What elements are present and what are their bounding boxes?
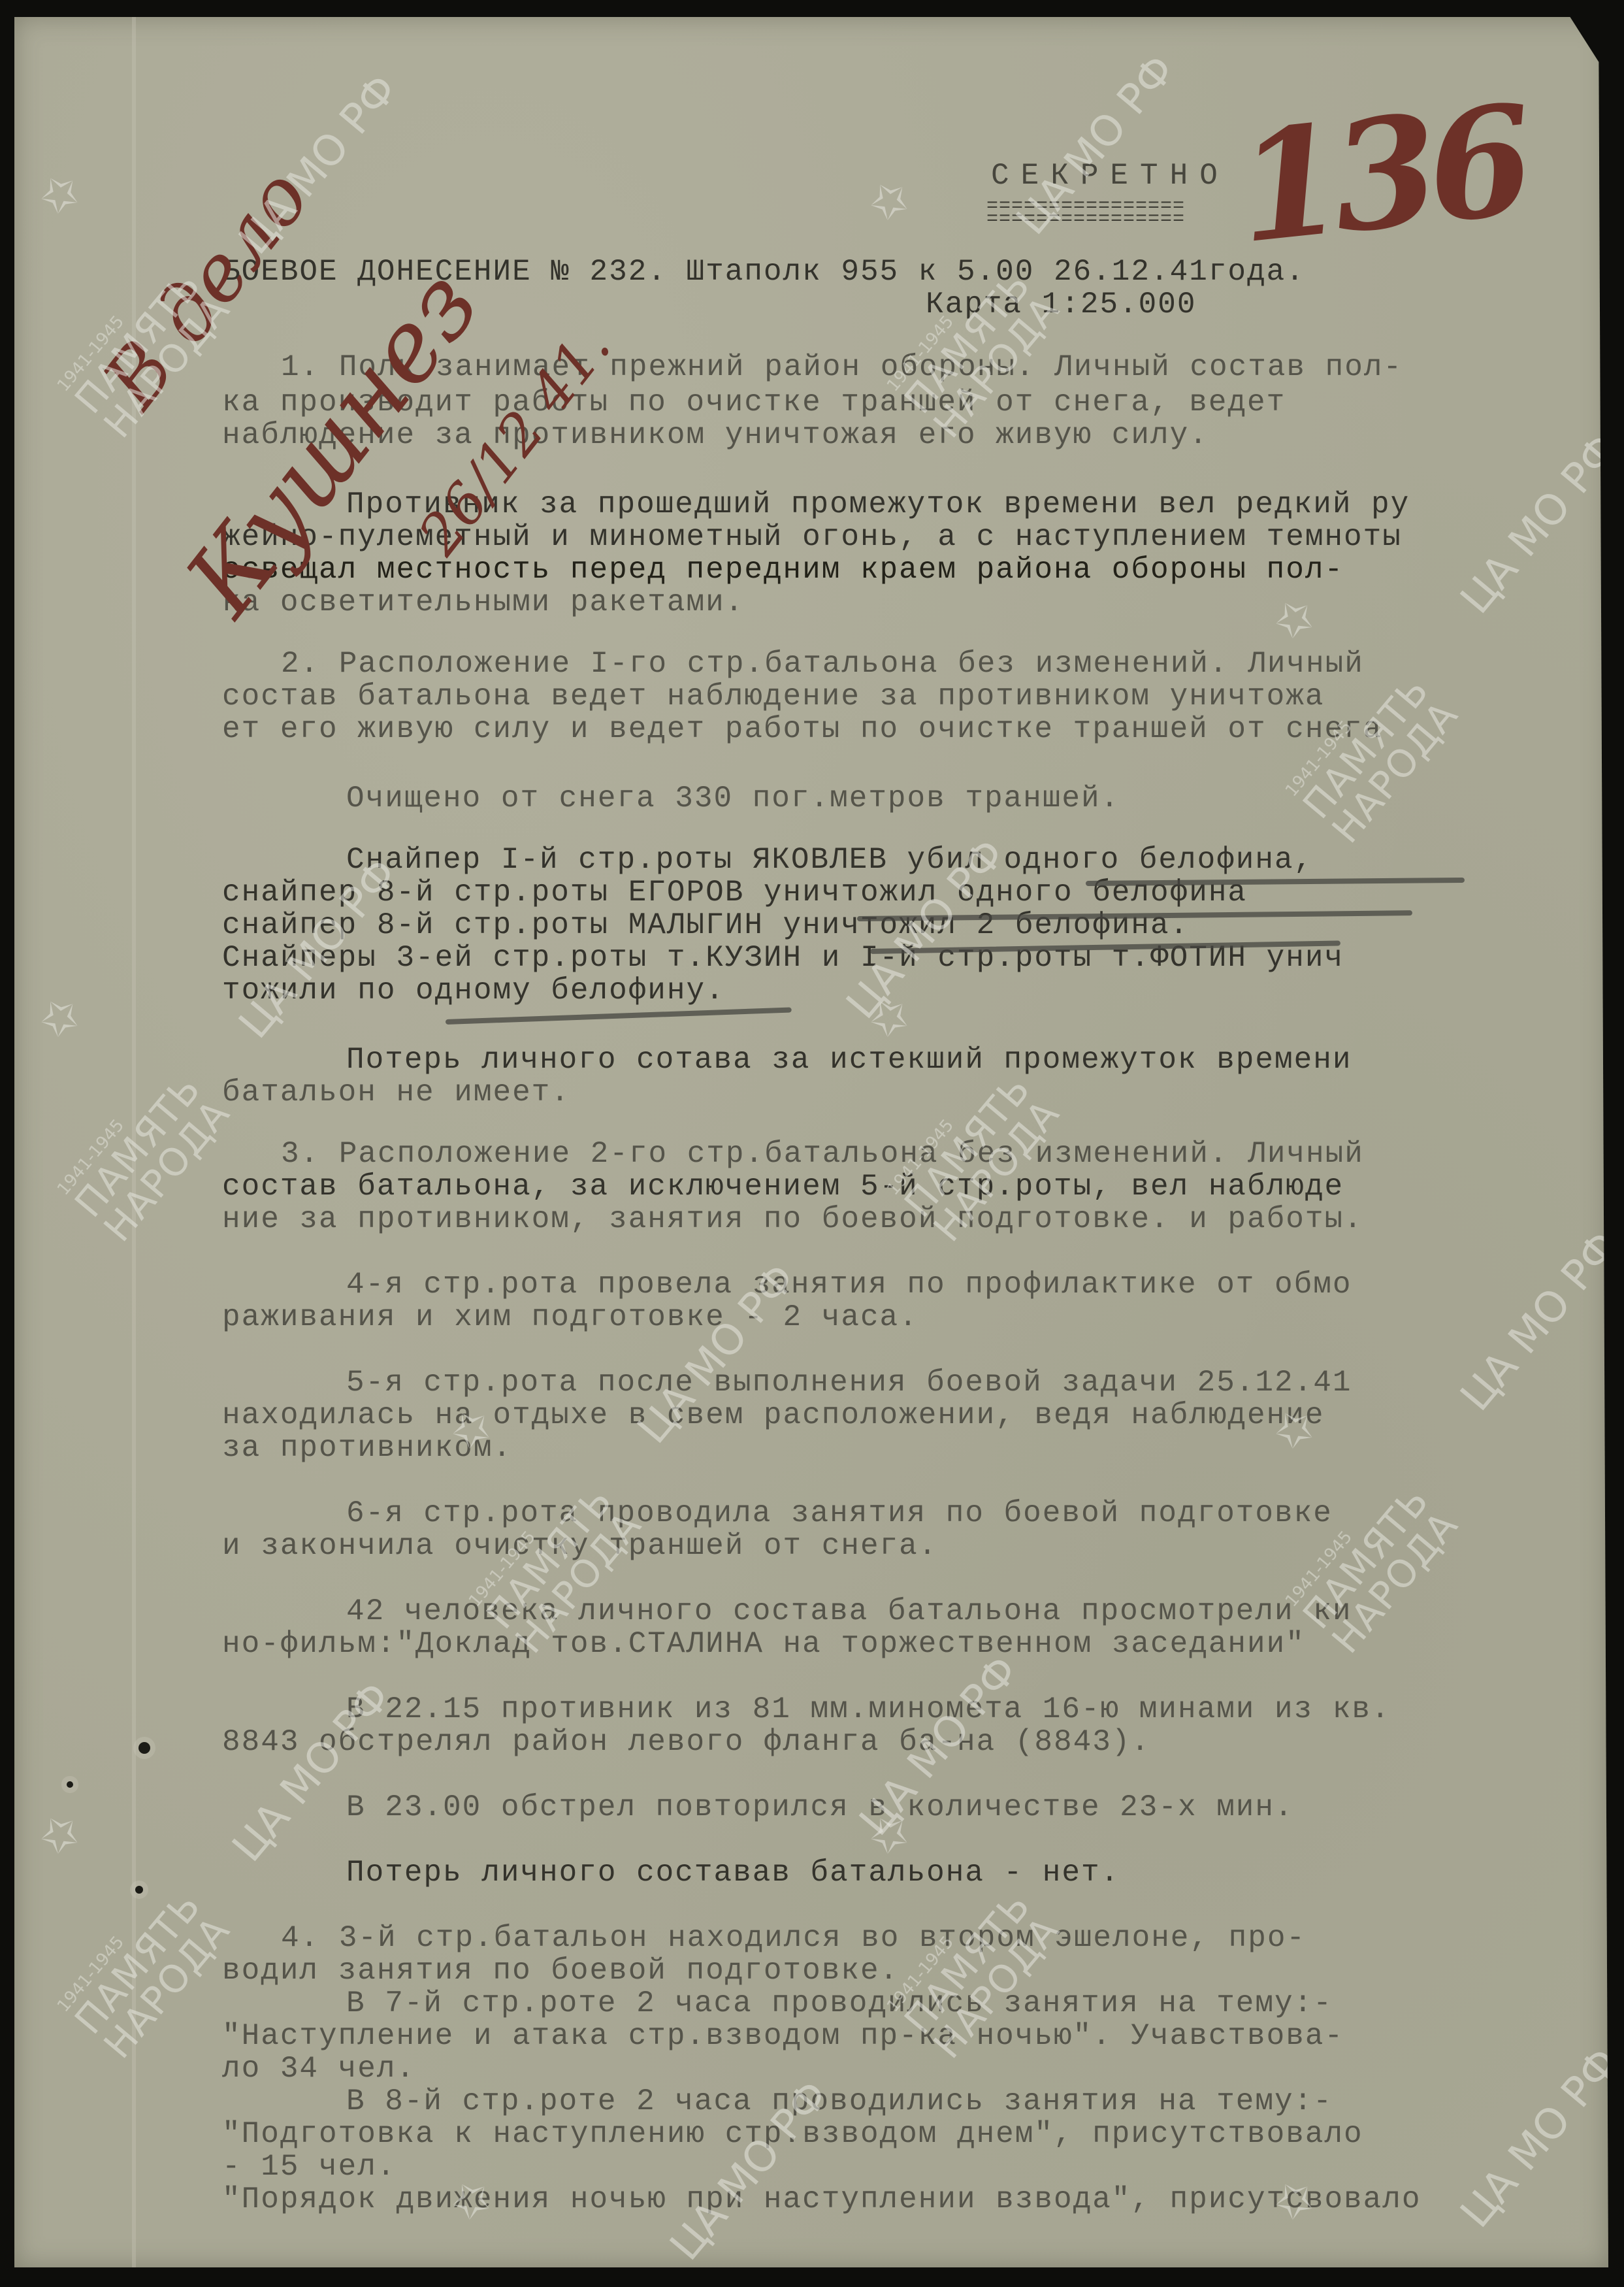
pencil-underline bbox=[446, 1008, 792, 1025]
stamp-underline: ================================ bbox=[986, 200, 1185, 226]
paragraph-line: 3. Расположение 2-го стр.батальона без и… bbox=[281, 1136, 1364, 1172]
paragraph-line: - 15 чел. bbox=[222, 2148, 396, 2185]
paragraph-line: ет его живую силу и ведет работы по очис… bbox=[222, 711, 1382, 748]
paragraph-line: тожили по одному белофину. bbox=[222, 972, 725, 1009]
paragraph-line: но-фильм:"Доклад тов.СТАЛИНА на торжеств… bbox=[222, 1626, 1305, 1662]
paragraph-line: Очищено от снега 330 пог.метров траншей. bbox=[346, 780, 1120, 817]
paragraph-line: В 7-й стр.роте 2 часа проводились заняти… bbox=[346, 1985, 1333, 2022]
paragraph-line: Потерь личного сотава за истекший промеж… bbox=[346, 1042, 1352, 1078]
paragraph-line: В 23.00 обстрел повторился в количестве … bbox=[346, 1789, 1294, 1826]
paragraph-line: Снайпер I-й стр.роты ЯКОВЛЕВ убил одного… bbox=[346, 842, 1313, 878]
paragraph-line: снайпер 8-й стр.роты ЕГОРОВ уничтожил од… bbox=[222, 874, 1247, 911]
paragraph-line: 4. 3-й стр.батальон находился во втором … bbox=[281, 1920, 1306, 1956]
paragraph-line: состав батальона, за исключением 5-й стр… bbox=[222, 1168, 1344, 1205]
paragraph-line: состав батальона ведет наблюдение за про… bbox=[222, 678, 1324, 715]
paragraph-line: В 22.15 противник из 81 мм.миномета 16-ю… bbox=[346, 1691, 1391, 1728]
paragraph-line: В 8-й стр.роте 2 часа проводились заняти… bbox=[346, 2083, 1333, 2120]
paragraph-line: батальон не имеет. bbox=[222, 1074, 570, 1111]
paragraph-line: 2. Расположение I-го стр.батальона без и… bbox=[281, 646, 1364, 682]
document-page: СЕКРЕТНО ===============================… bbox=[14, 17, 1608, 2267]
paragraph-line: "Подготовка к наступлению стр.взводом дн… bbox=[222, 2116, 1363, 2152]
paragraph-line: 5-я стр.рота после выполнения боевой зад… bbox=[346, 1364, 1352, 1401]
paragraph-line: ло 34 чел. bbox=[222, 2050, 415, 2087]
paragraph-line: 8843 обстрелял район левого фланга ба-на… bbox=[222, 1724, 1150, 1760]
typed-text: СЕКРЕТНО ===============================… bbox=[14, 17, 1608, 2267]
paragraph-line: "Порядок движения ночью при наступлении … bbox=[222, 2181, 1421, 2218]
secret-stamp: СЕКРЕТНО bbox=[991, 157, 1229, 194]
paragraph-line: 6-я стр.рота проводила занятия по боевой… bbox=[346, 1495, 1333, 1532]
paragraph-line: 4-я стр.рота провела занятия по профилак… bbox=[346, 1266, 1352, 1303]
paragraph-line: освещал местность перед передним краем р… bbox=[222, 551, 1344, 588]
paragraph-line: водил занятия по боевой подготовке. bbox=[222, 1952, 899, 1989]
handwritten-page-number: 136 bbox=[1229, 72, 1533, 277]
paragraph-line: находилась на отдыхе в свем расположении… bbox=[222, 1397, 1324, 1434]
paragraph-line: ние за противником, занятия по боевой по… bbox=[222, 1201, 1363, 1238]
paragraph-line: "Наступление и атака стр.взводом пр-ка н… bbox=[222, 2018, 1344, 2054]
paragraph-line: раживания и хим подготовке - 2 часа. bbox=[222, 1299, 918, 1336]
paragraph-line: снайпер 8-й стр.роты МАЛЫГИН уничтожил 2… bbox=[222, 907, 1189, 944]
paragraph-line: ка осветительными ракетами. bbox=[222, 584, 744, 621]
paragraph-line: жейно-пулеметный и минометный огонь, а с… bbox=[222, 519, 1402, 555]
